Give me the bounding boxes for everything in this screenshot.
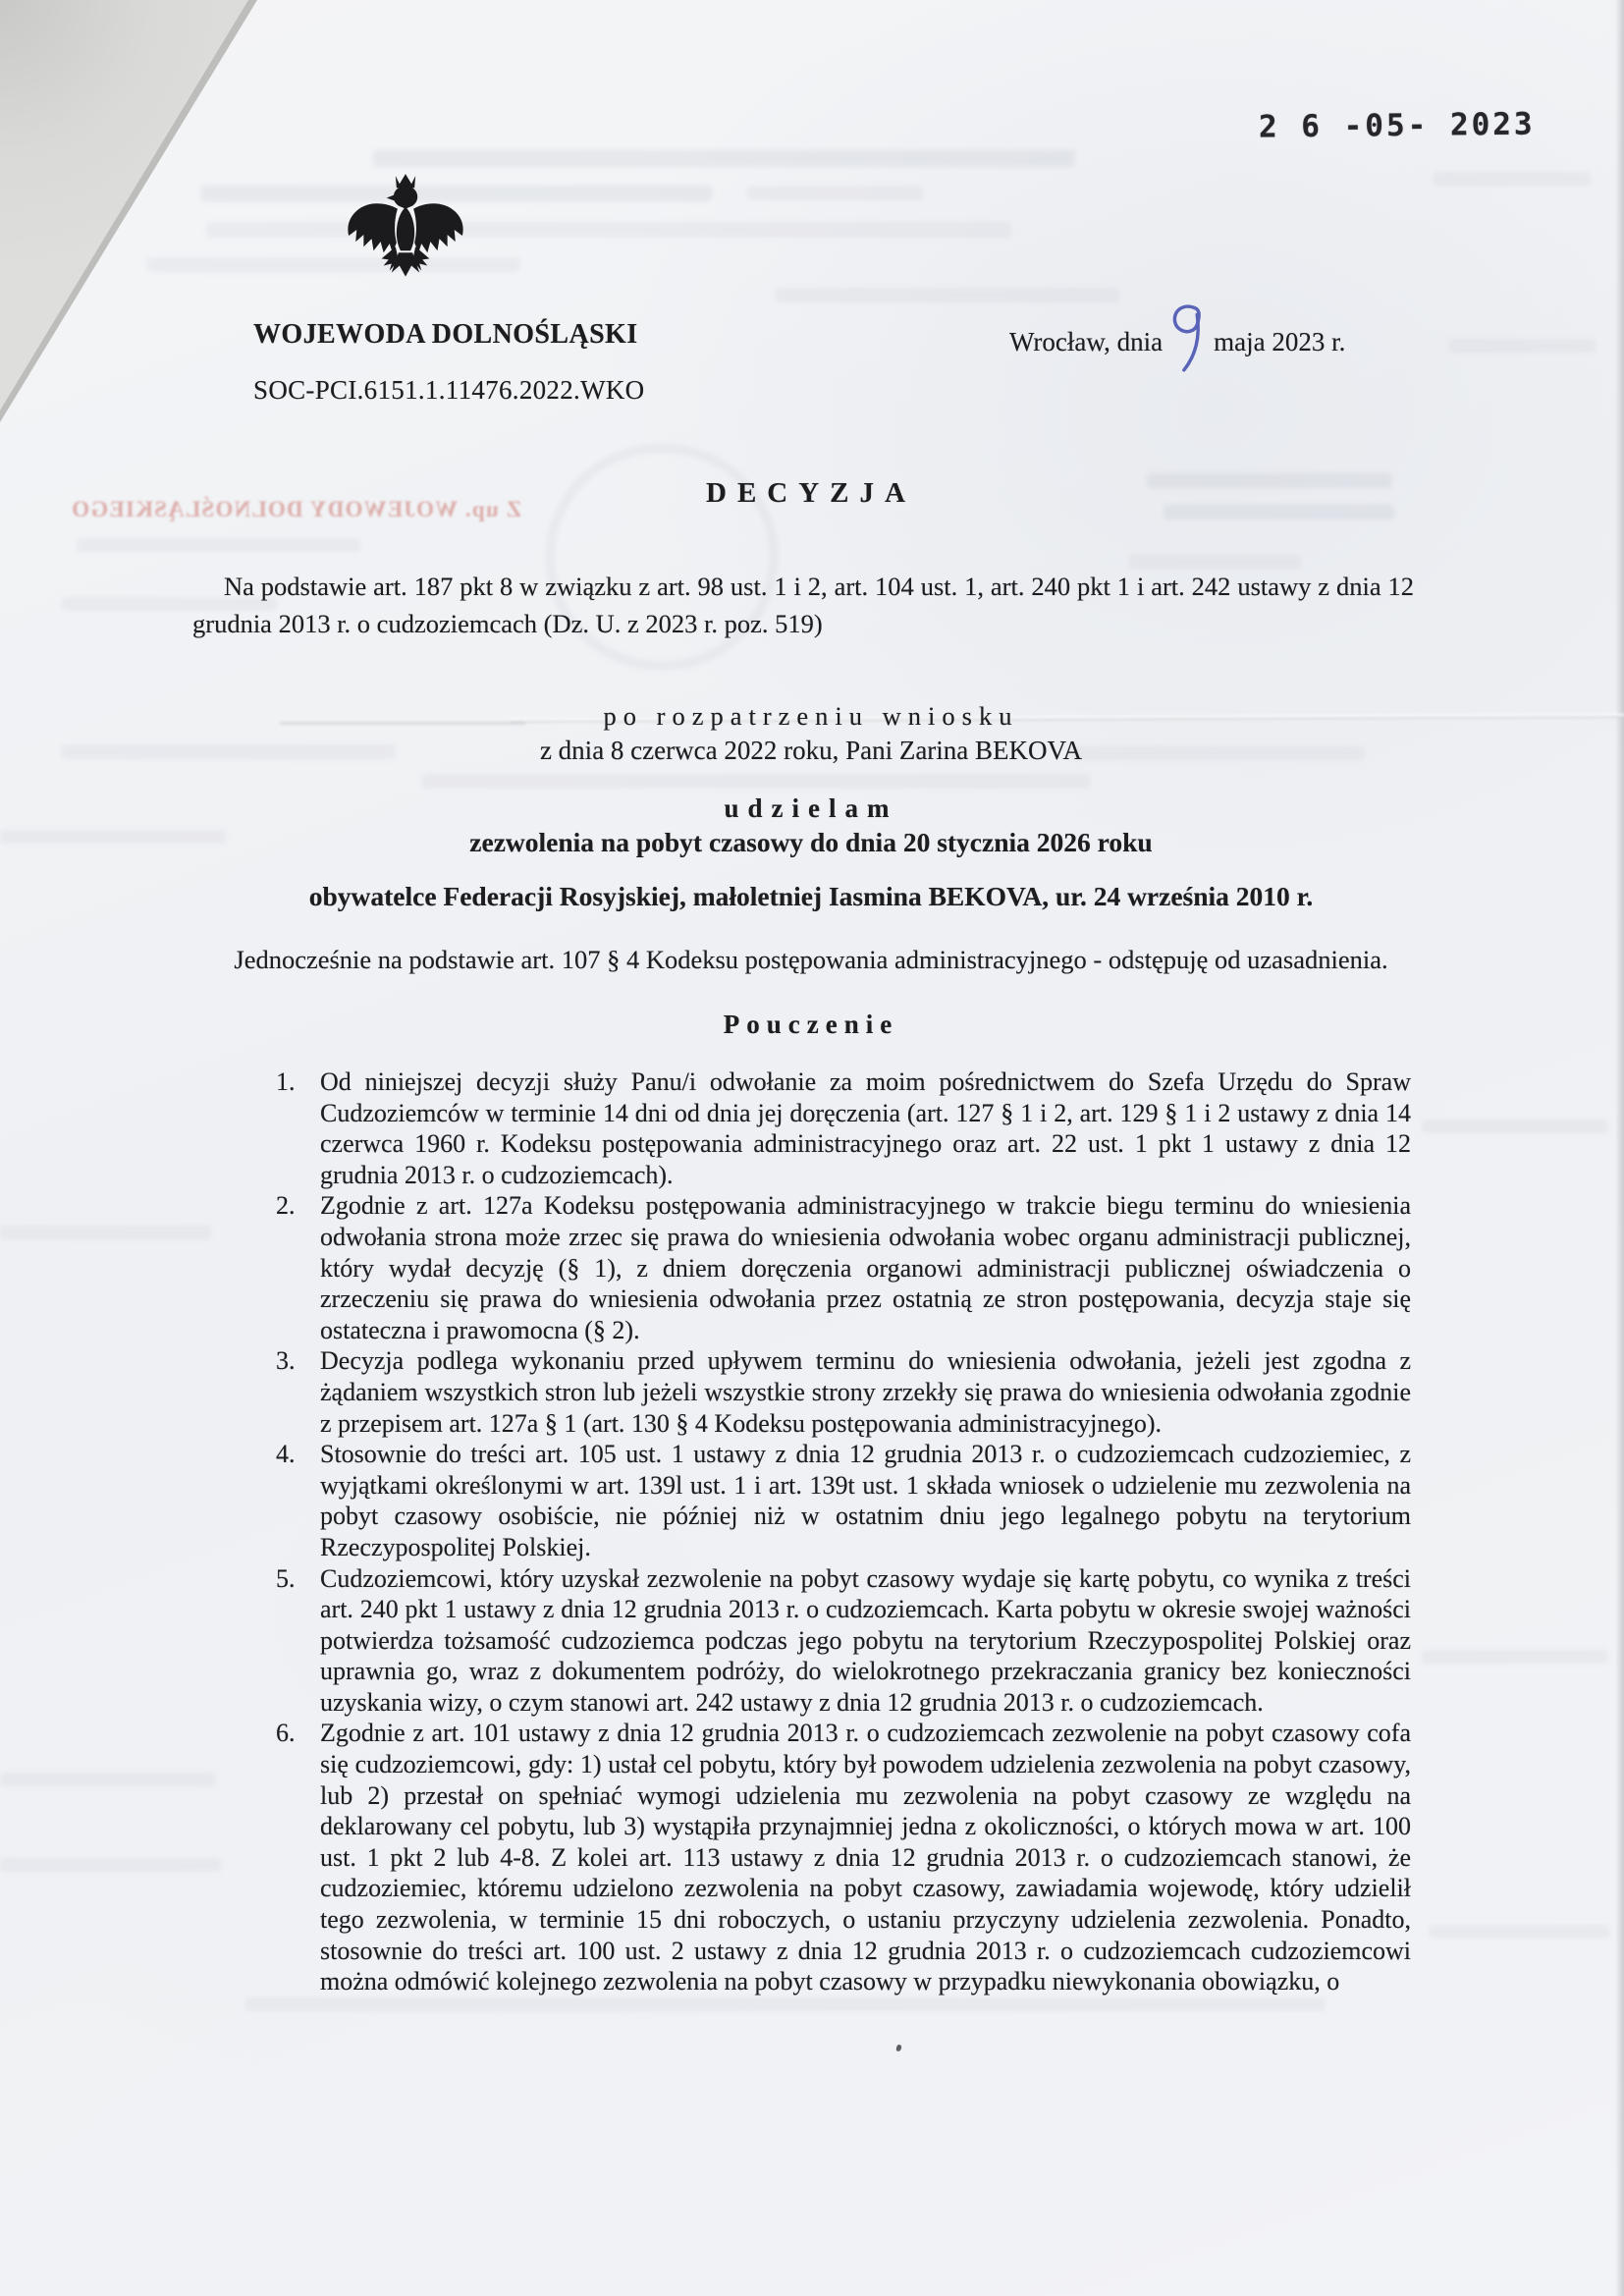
scanned-document-page: Z up. WOJEWODY DOLNOŚLĄSKIEGO 2 6 -05- 2… bbox=[0, 0, 1624, 2296]
instruction-item: 4. Stosownie do treści art. 105 ust. 1 u… bbox=[276, 1439, 1411, 1562]
bleedthrough-line bbox=[1422, 1120, 1608, 1133]
instruction-item: 2. Zgodnie z art. 127a Kodeksu postępowa… bbox=[276, 1190, 1411, 1345]
item-text: Cudzoziemcowi, który uzyskał zezwolenie … bbox=[320, 1563, 1411, 1719]
item-text: Stosownie do treści art. 105 ust. 1 usta… bbox=[320, 1439, 1411, 1562]
decision-title: DECYZJA bbox=[192, 477, 1430, 510]
item-number: 5. bbox=[276, 1563, 320, 1719]
eagle-beak bbox=[387, 194, 395, 200]
item-text: Zgodnie z art. 101 ustawy z dnia 12 grud… bbox=[320, 1718, 1411, 1996]
scan-right-edge bbox=[1615, 0, 1624, 2296]
consideration-line: po rozpatrzeniu wniosku bbox=[192, 701, 1430, 732]
authority-name: WOJEWODA DOLNOŚLĄSKI bbox=[253, 319, 638, 351]
item-text: Decyzja podlega wykonaniu przed upływem … bbox=[320, 1345, 1411, 1439]
item-number: 3. bbox=[276, 1345, 320, 1439]
eagle-crown bbox=[396, 174, 415, 188]
ruling-grant: zezwolenia na pobyt czasowy do dnia 20 s… bbox=[192, 827, 1430, 858]
bleedthrough-line bbox=[1129, 555, 1301, 569]
case-number: SOC-PCI.6151.1.11476.2022.WKO bbox=[253, 375, 644, 406]
eagle-head bbox=[394, 186, 417, 208]
bleedthrough-line bbox=[0, 1226, 211, 1239]
bleedthrough-line bbox=[245, 1997, 1326, 2011]
instruction-item: 6. Zgodnie z art. 101 ustawy z dnia 12 g… bbox=[276, 1718, 1411, 1996]
bleedthrough-line bbox=[77, 538, 361, 552]
handwritten-nine-icon bbox=[1168, 301, 1210, 378]
ruling-beneficiary: obywatelce Federacji Rosyjskiej, małolet… bbox=[192, 881, 1430, 912]
legal-basis-paragraph: Na podstawie art. 187 pkt 8 w związku z … bbox=[192, 568, 1414, 642]
instruction-item: 5. Cudzoziemcowi, który uzyskał zezwolen… bbox=[276, 1563, 1411, 1719]
bleedthrough-line bbox=[776, 288, 1119, 302]
item-text: Zgodnie z art. 127a Kodeksu postępowania… bbox=[320, 1190, 1411, 1345]
bleedthrough-line bbox=[1422, 1650, 1608, 1664]
instruction-item: 1. Od niniejszej decyzji służy Panu/i od… bbox=[276, 1066, 1411, 1190]
bleedthrough-line bbox=[1434, 172, 1591, 186]
item-number: 4. bbox=[276, 1439, 320, 1562]
bleedthrough-line bbox=[746, 186, 923, 200]
handwritten-day: 9 bbox=[1163, 321, 1214, 351]
place-and-date: Wrocław, dnia 9 maja 2023 r. bbox=[1009, 321, 1345, 357]
eagle-body bbox=[397, 207, 414, 251]
item-number: 6. bbox=[276, 1718, 320, 1996]
bleedthrough-line bbox=[0, 1858, 221, 1872]
instruction-heading: Pouczenie bbox=[192, 1010, 1430, 1040]
bleedthrough-line bbox=[373, 150, 1075, 167]
bleedthrough-line bbox=[0, 1773, 216, 1786]
item-number: 2. bbox=[276, 1190, 320, 1345]
item-text: Od niniejszej decyzji służy Panu/i odwoł… bbox=[320, 1066, 1411, 1190]
bleedthrough-line bbox=[206, 222, 1011, 238]
instruction-list: 1. Od niniejszej decyzji służy Panu/i od… bbox=[276, 1066, 1411, 1997]
bleedthrough-line bbox=[1429, 1925, 1610, 1939]
bleedthrough-line bbox=[1448, 339, 1596, 353]
place-date-suffix: maja 2023 r. bbox=[1214, 327, 1345, 357]
item-number: 1. bbox=[276, 1066, 320, 1190]
instruction-item: 3. Decyzja podlega wykonaniu przed upływ… bbox=[276, 1345, 1411, 1439]
ink-speck bbox=[895, 2045, 901, 2052]
justification-waiver: Jednocześnie na podstawie art. 107 § 4 K… bbox=[192, 945, 1430, 975]
polish-eagle-emblem bbox=[346, 169, 465, 299]
eagle-wing bbox=[348, 203, 398, 252]
received-date-stamp: 2 6 -05- 2023 bbox=[1259, 107, 1536, 145]
ruling-verb: udzielam bbox=[192, 793, 1430, 824]
bleedthrough-line bbox=[422, 774, 1090, 789]
applicant-line: z dnia 8 czerwca 2022 roku, Pani Zarina … bbox=[192, 736, 1430, 766]
place-date-prefix: Wrocław, dnia bbox=[1009, 327, 1163, 357]
